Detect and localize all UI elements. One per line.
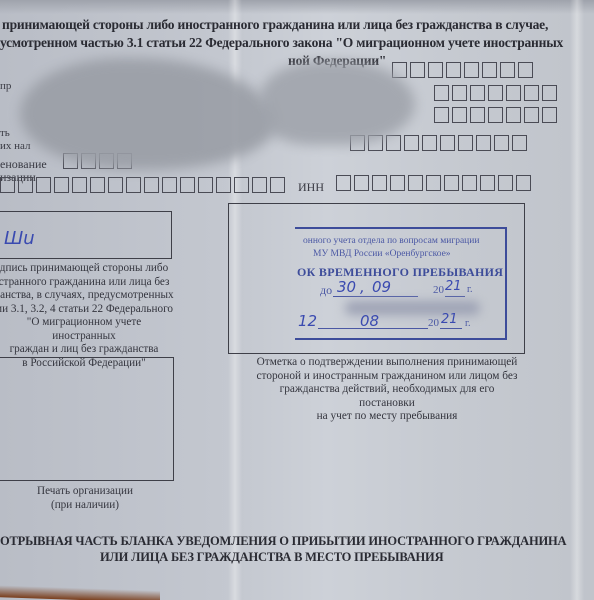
char-box[interactable] xyxy=(54,177,69,193)
char-box[interactable] xyxy=(198,177,213,193)
stamp-heading: ОК ВРЕМЕННОГО ПРЕБЫВАНИЯ xyxy=(297,265,503,280)
field-label-partial: их нал xyxy=(0,140,31,152)
char-box[interactable] xyxy=(440,135,455,151)
char-box[interactable] xyxy=(252,177,267,193)
handwritten-signature: Шu xyxy=(4,228,35,249)
table-edge xyxy=(0,585,160,600)
inn-boxes[interactable] xyxy=(336,175,531,191)
char-box[interactable] xyxy=(462,175,477,191)
char-box[interactable] xyxy=(428,62,443,78)
date-day: 12 xyxy=(298,312,317,330)
char-box[interactable] xyxy=(512,135,527,151)
char-box[interactable] xyxy=(516,175,531,191)
char-box[interactable] xyxy=(336,175,351,191)
caption-line: граждан и лиц без гражданства xyxy=(0,343,174,357)
char-box[interactable] xyxy=(108,177,123,193)
date-underline xyxy=(440,328,462,329)
char-box[interactable] xyxy=(426,175,441,191)
char-box[interactable] xyxy=(518,62,533,78)
date-underline xyxy=(333,296,418,297)
char-box[interactable] xyxy=(452,107,467,123)
char-box[interactable] xyxy=(180,177,195,193)
char-box[interactable] xyxy=(488,107,503,123)
seal-box[interactable] xyxy=(0,357,174,481)
char-box[interactable] xyxy=(542,107,557,123)
until-year-label: г. xyxy=(467,284,472,295)
char-box[interactable] xyxy=(524,85,539,101)
field-label-partial: пр xyxy=(0,80,11,92)
char-box[interactable] xyxy=(470,85,485,101)
char-box[interactable] xyxy=(0,177,15,193)
char-box[interactable] xyxy=(498,175,513,191)
org-code-boxes[interactable] xyxy=(0,177,285,193)
caption-line: (при наличии) xyxy=(0,499,170,513)
caption-line: Печать организации xyxy=(0,485,170,499)
char-box[interactable] xyxy=(354,175,369,191)
char-box[interactable] xyxy=(488,85,503,101)
signature-caption: дпись принимающей стороны либо странного… xyxy=(0,262,174,370)
paper-fold xyxy=(570,0,584,600)
field-boxes-row-2[interactable] xyxy=(434,85,557,101)
char-box[interactable] xyxy=(72,177,87,193)
char-box[interactable] xyxy=(446,62,461,78)
char-box[interactable] xyxy=(494,135,509,151)
date-year-suffix: 21 xyxy=(441,312,458,327)
char-box[interactable] xyxy=(408,175,423,191)
char-box[interactable] xyxy=(476,135,491,151)
char-box[interactable] xyxy=(126,177,141,193)
char-box[interactable] xyxy=(390,175,405,191)
char-box[interactable] xyxy=(464,62,479,78)
date-year-label: г. xyxy=(465,318,470,329)
caption-line: странного гражданина или лица без xyxy=(0,276,174,290)
char-box[interactable] xyxy=(422,135,437,151)
char-box[interactable] xyxy=(386,135,401,151)
field-boxes-row-1[interactable] xyxy=(392,62,533,78)
field-label-partial: ть xyxy=(0,127,10,139)
confirmation-caption: Отметка о подтверждении выполнения прини… xyxy=(252,356,522,424)
char-box[interactable] xyxy=(542,85,557,101)
char-box[interactable] xyxy=(216,177,231,193)
header-line-1: принимающей стороны либо иностранного гр… xyxy=(2,17,548,33)
footer-line-1: ОТРЫВНАЯ ЧАСТЬ БЛАНКА УВЕДОМЛЕНИЯ О ПРИБ… xyxy=(0,534,566,549)
footer-line-2: ИЛИ ЛИЦА БЕЗ ГРАЖДАНСТВА В МЕСТО ПРЕБЫВА… xyxy=(100,550,443,565)
char-box[interactable] xyxy=(434,85,449,101)
char-box[interactable] xyxy=(506,85,521,101)
caption-line: ми 3.1, 3.2, 4 статьи 22 Федерального xyxy=(0,303,174,317)
stamp-line-1: онного учета отдела по вопросам миграции xyxy=(303,236,479,246)
header-line-2: усмотренном частью 3.1 статьи 22 Федерал… xyxy=(0,35,563,51)
caption-line: дпись принимающей стороны либо xyxy=(0,262,174,276)
until-month: 09 xyxy=(372,278,391,296)
photo-shadow xyxy=(0,0,594,14)
char-box[interactable] xyxy=(36,177,51,193)
stamp-line-2: МУ МВД России «Оренбургское» xyxy=(313,249,451,259)
char-box[interactable] xyxy=(144,177,159,193)
redacted-area xyxy=(260,60,415,145)
char-box[interactable] xyxy=(458,135,473,151)
char-box[interactable] xyxy=(270,177,285,193)
stamp-until-prefix: до xyxy=(320,283,332,298)
until-year-suffix: 21 xyxy=(445,279,462,294)
char-box[interactable] xyxy=(410,62,425,78)
date-year-prefix: 20 xyxy=(428,317,439,329)
char-box[interactable] xyxy=(500,62,515,78)
char-box[interactable] xyxy=(372,175,387,191)
char-box[interactable] xyxy=(162,177,177,193)
caption-line: Отметка о подтверждении выполнения прини… xyxy=(252,356,522,370)
date-month: 08 xyxy=(360,312,379,330)
inn-label: ИНН xyxy=(298,180,324,195)
char-box[interactable] xyxy=(524,107,539,123)
caption-line: данства, в случаях, предусмотренных xyxy=(0,289,174,303)
char-box[interactable] xyxy=(506,107,521,123)
caption-line: на учет по месту пребывания xyxy=(252,410,522,424)
caption-line: гражданства действий, необходимых для ег… xyxy=(252,383,522,410)
char-box[interactable] xyxy=(480,175,495,191)
char-box[interactable] xyxy=(434,107,449,123)
char-box[interactable] xyxy=(404,135,419,151)
caption-line: "О миграционном учете иностранных xyxy=(0,316,174,343)
seal-caption: Печать организации (при наличии) xyxy=(0,485,170,512)
char-box[interactable] xyxy=(90,177,105,193)
char-box[interactable] xyxy=(452,85,467,101)
char-box[interactable] xyxy=(444,175,459,191)
char-box[interactable] xyxy=(18,177,33,193)
char-box[interactable] xyxy=(234,177,249,193)
char-box[interactable] xyxy=(470,107,485,123)
field-boxes-row-3[interactable] xyxy=(434,107,557,123)
caption-line: стороной и иностранным гражданином или л… xyxy=(252,370,522,384)
until-year-prefix: 20 xyxy=(433,284,444,296)
date-underline xyxy=(445,296,465,297)
until-day: 30 xyxy=(337,278,356,296)
char-box[interactable] xyxy=(482,62,497,78)
until-separator: , xyxy=(360,278,365,296)
